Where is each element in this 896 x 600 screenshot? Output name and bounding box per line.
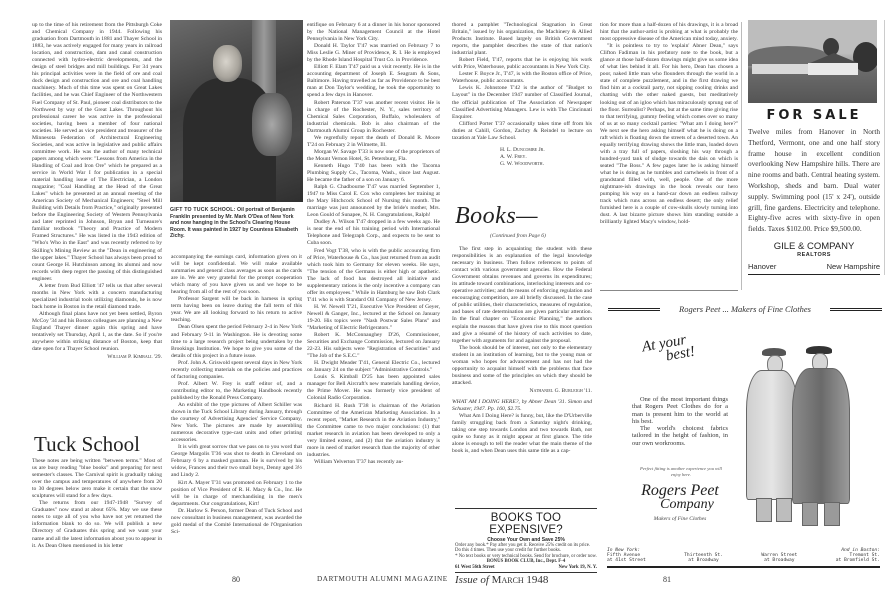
paragraph: An exhibit of the type pictures of Alber… <box>171 402 302 444</box>
paragraph: Ralph G. Chadbourne T'47 was married Sep… <box>307 184 440 219</box>
right-page-number: 81 <box>663 575 671 584</box>
photo-caption: GIFT TO TUCK SCHOOL: Oil portrait of Ben… <box>170 207 303 240</box>
ad-body: Order any book.* Pay after you get it. R… <box>455 543 597 554</box>
books-signature: Nathaniel G. Burleigh '11. <box>452 388 592 395</box>
section-title-tuck-school: Tuck School <box>34 432 140 457</box>
paragraph: Robert Field, T'47, reports that he is e… <box>452 57 592 71</box>
paragraph: up to the time of his retirement from th… <box>32 22 162 283</box>
for-sale-description: Twelve miles from Hanover in North Thetf… <box>744 127 884 235</box>
review-heading: WHAT AM I DOING HERE?, by Abner Dean '31… <box>452 399 592 413</box>
for-sale-title: FOR SALE <box>744 108 884 123</box>
paragraph: Lewis K. Johnstone T'42 is the author of… <box>452 85 592 120</box>
column-4-books-review: The first step in acquainting the studen… <box>452 246 592 455</box>
paragraph: Richard H. Rush T'38 is chairman of the … <box>307 403 440 459</box>
paragraph: Morgan W. Savage T'33 is now one of the … <box>307 149 440 163</box>
two-men-overcoats-illustration <box>740 332 870 528</box>
column-5-books-review: tion for more than a half-dozen of his d… <box>600 22 738 226</box>
rogers-peet-note: Perfect fitting is another experience yo… <box>640 466 722 477</box>
realtor-label: REALTORS <box>744 252 884 258</box>
farmhouse-photo <box>748 20 877 103</box>
paragraph: The book should be of interest, not only… <box>452 345 592 387</box>
paragraph: Prof. John A. Griswold spent several day… <box>171 360 302 381</box>
paragraph: Prof. Albert W. Frey is staff editor of,… <box>171 381 302 402</box>
paragraph: Kenneth Hugo T'40 has been with the Taco… <box>307 163 440 184</box>
dark-overcoat <box>792 368 850 504</box>
paragraph: The first step in acquainting the studen… <box>452 246 592 345</box>
ad-address-row: 61 West 56th Street New York 19, N. Y. <box>455 565 597 570</box>
paragraph: William Yelverton T'37 has recently au- <box>307 459 440 466</box>
paragraph: "It is pointless to try to 'explain' Abn… <box>600 43 738 226</box>
column-divider <box>741 22 742 290</box>
paragraph: Dean Olsen spent the period February 2-4… <box>171 324 302 359</box>
paragraph: We regretfully report the death of Donal… <box>307 135 440 149</box>
paragraph: Robert K. McConnaughey D'26, Commissione… <box>307 332 440 360</box>
store-location: Warren Street at Broadway <box>761 548 797 564</box>
portrait-face <box>213 45 242 81</box>
paragraph: H. W. Newell T'21, Executive Vice Presid… <box>307 304 440 332</box>
paragraph: tion for more than a half-dozen of his d… <box>600 22 738 43</box>
at-your-best-script: At your best! <box>641 333 696 367</box>
column-2-tuck-notes: accompanying the earnings card, informat… <box>171 254 302 536</box>
paragraph: accompanying the earnings card, informat… <box>171 254 302 296</box>
left-page-number: 80 <box>232 575 240 584</box>
rogers-peet-copy: One of the most important things that Ro… <box>632 396 728 447</box>
paragraph: Elliott F. Elam T'47 paid us a visit rec… <box>307 64 440 99</box>
column-1-tuck-notes: These notes are being written "between t… <box>32 458 162 550</box>
store-location: In New York: Fifth Avenue at 41st Street <box>607 548 646 564</box>
paragraph: A letter from Bud Elliott '47 tells us t… <box>32 283 162 311</box>
for-sale-ad: FOR SALE Twelve miles from Hanover in No… <box>744 20 885 275</box>
column-1-thayer-notes: up to the time of his retirement from th… <box>32 22 162 361</box>
store-location: Thirteenth St. at Broadway <box>684 548 723 564</box>
rogers-peet-store-locations: In New York: Fifth Avenue at 41st Street… <box>607 548 880 568</box>
paragraph: Lester F. Boyce Jr., T'47, is with the B… <box>452 71 592 85</box>
paragraph: What Am I Doing Here? is funny, but, lik… <box>452 413 592 455</box>
paragraph: Kirt A. Mayer T'31 was promoted on Febru… <box>171 480 302 508</box>
banner-text: Rogers Peet ... Makers of Fine Clothes <box>664 304 826 314</box>
paragraph: The returns from our 1947-1948 "Survey o… <box>32 500 162 549</box>
paragraph: Robert Paterson T'37 was another recent … <box>307 100 440 135</box>
paragraph: It is with great sorrow that we pass on … <box>171 444 302 479</box>
ad-headline: BOOKS TOO EXPENSIVE? <box>455 512 597 536</box>
paragraph: Dr. Harlow S. Person, former Dean of Tuc… <box>171 508 302 536</box>
realtor-location: Hanover New Hampshire <box>748 262 880 275</box>
paragraph: Clifford Porter T'37 occasionally takes … <box>452 121 592 142</box>
issue-date-footer: Issue of March 1948 <box>455 574 548 586</box>
column-3-tuck-notes: entifique on February 6 at a dinner in h… <box>307 22 440 466</box>
section-title-books: Books— <box>455 203 538 230</box>
paragraph: Donald H. Taylor T'47 was married on Feb… <box>307 43 440 64</box>
column-5-bottom-rule <box>600 290 738 291</box>
realtor-name: GILE & COMPANY <box>744 241 884 252</box>
franklin-portrait-photo <box>170 20 303 202</box>
paragraph: Professor Sargent will be back in harnes… <box>171 296 302 324</box>
paragraph: Dudley A. Wilson T'47 dropped in a few w… <box>307 219 440 247</box>
paragraph: H. Dwight Meader T'41, General Electric … <box>307 360 440 374</box>
paragraph: thored a pamphlet "Technological Stagnat… <box>452 22 592 57</box>
books-continued-note: (Continued from Page 6) <box>490 233 546 239</box>
paragraph: These notes are being written "between t… <box>32 458 162 500</box>
paragraph: Louis S. Kimball D'25 has been appointed… <box>307 374 440 402</box>
paragraph: entifique on February 6 at a dinner in h… <box>307 22 440 43</box>
books-too-expensive-ad: BOOKS TOO EXPENSIVE? Choose Your Own and… <box>455 508 597 573</box>
store-location: And in Boston: Tremont St. at Bromfield … <box>836 548 880 564</box>
signature-block: H. L. Duncombe Jr. A. W. Frey. G. W. Woo… <box>500 147 592 169</box>
portrait-drapery <box>252 93 292 157</box>
paragraph: Although final plans have not yet been s… <box>32 311 162 353</box>
magazine-name-footer: DARTMOUTH ALUMNI MAGAZINE <box>317 575 448 583</box>
column-4-tuck-notes: thored a pamphlet "Technological Stagnat… <box>452 22 592 168</box>
rogers-peet-banner: Rogers Peet ... Makers of Fine Clothes <box>608 303 882 315</box>
banner-rule-left <box>608 308 660 311</box>
rogers-peet-logo: Rogers Peet Company Makers of Fine Cloth… <box>630 484 730 522</box>
light-overcoat <box>746 370 798 500</box>
banner-rule-right <box>830 308 882 311</box>
paragraph: Fred Vogt T'38, who is with the public a… <box>307 248 440 304</box>
signature: William P. Kimball '29. <box>32 354 162 361</box>
